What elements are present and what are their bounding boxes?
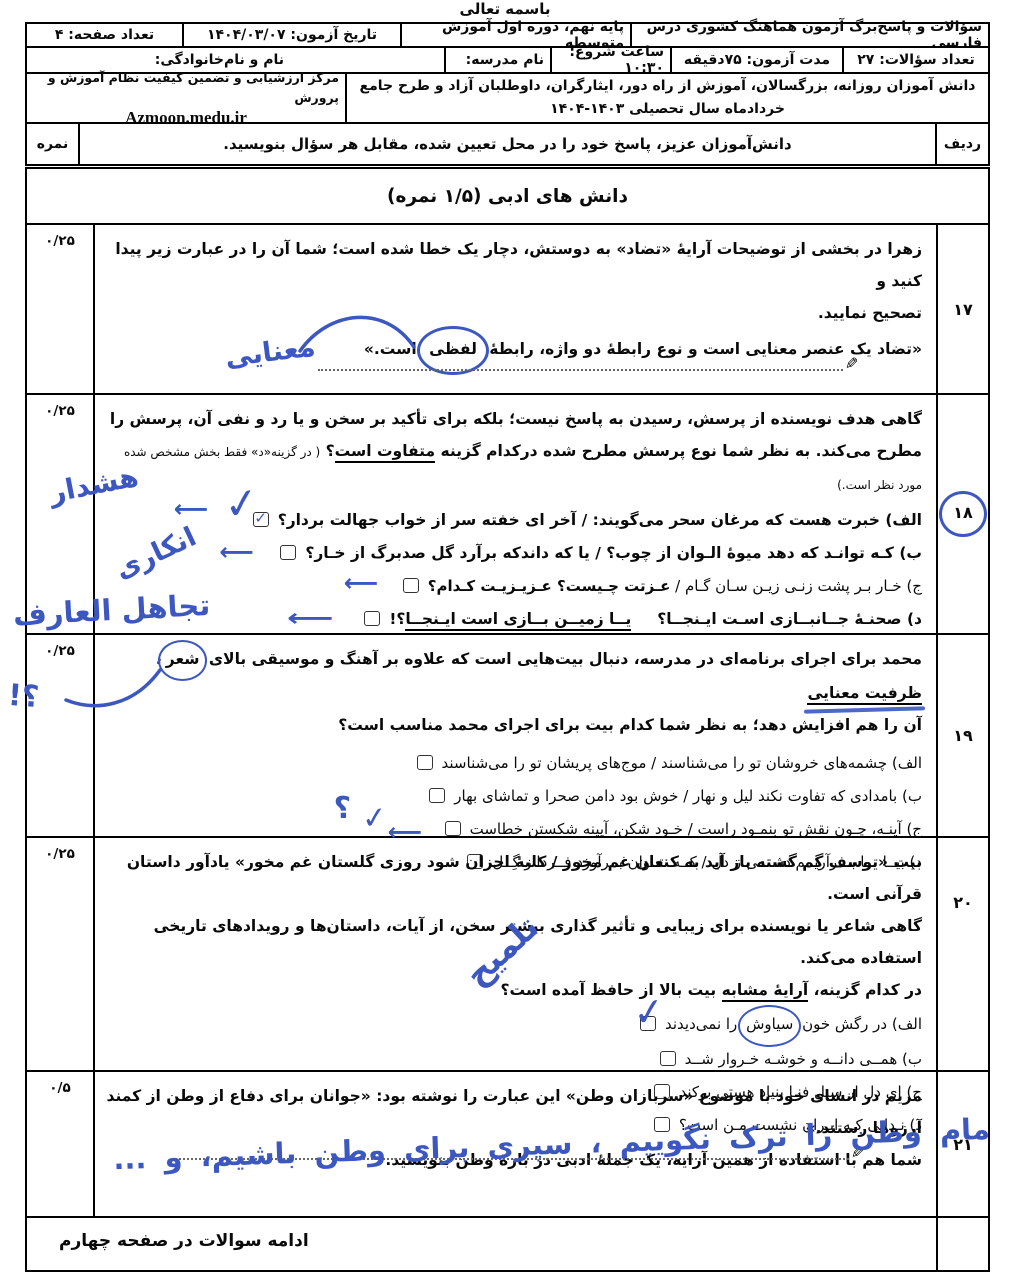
score-label: نمره — [25, 122, 80, 166]
question-19-text-line1: محمد برای اجرای برنامه‌ای در مدرسه، دنبا… — [105, 643, 922, 709]
underlined-phrase: ظرفیت معنایی — [807, 684, 922, 705]
page-count: تعداد صفحه: ۴ — [25, 22, 184, 48]
circled-word: لفظی — [429, 340, 477, 358]
pen-circle-annotation: سیاوش — [738, 1005, 801, 1047]
option-a-text: خبرت هست که مرغان سحر می‌گویند: / آخر ای… — [278, 511, 880, 529]
option-a: الف) چشمه‌های خروشان تو را می‌شناسند / م… — [105, 747, 922, 780]
dotted-answer-line[interactable] — [175, 1150, 849, 1160]
question-number-21: ۲۱ — [936, 1072, 988, 1216]
option-b: ب) کـه توانـد که دهد میوهٔ الـوان از چوب… — [105, 537, 922, 570]
assessment-center-name: مرکز ارزشیابی و تضمین کیفیت نظام آموزش و… — [33, 68, 339, 108]
header-row-3: دانش آموزان روزانه، بزرگسالان، آموزش از … — [25, 72, 990, 124]
line1-pre: محمد برای اجرای برنامه‌ای در مدرسه، دنبا… — [203, 650, 922, 668]
header-row-1: سؤالات و پاسخ‌برگ آزمون هماهنگ کشوری درس… — [25, 22, 990, 48]
option-b-text: کـه توانـد که دهد میوهٔ الـوان از چوب؟ /… — [305, 544, 894, 562]
option-a-checkbox[interactable] — [417, 755, 433, 770]
audience-cell: دانش آموزان روزانه، بزرگسالان، آموزش از … — [345, 72, 990, 124]
option-b-checkbox[interactable] — [429, 788, 445, 803]
answer-line-17[interactable]: ✎ — [318, 357, 858, 371]
exam-title: سؤالات و پاسخ‌برگ آزمون هماهنگ کشوری درس… — [630, 22, 990, 48]
question-20-text-line3: در کدام گزینه، آرایهٔ مشابه بیت بالا از … — [105, 974, 922, 1006]
pen-icon: ✎ — [845, 357, 858, 371]
option-b-checkbox[interactable] — [660, 1051, 676, 1066]
question-18-options: الف) خبرت هست که مرغان سحر می‌گویند: / آ… — [105, 504, 922, 636]
question-17-score: ۰/۲۵ — [27, 225, 95, 393]
option-d-text: صحنـهٔ جــانبــازی اسـت ایـنجــا؟ — [657, 610, 901, 628]
footer-number-column — [936, 1218, 988, 1270]
dotted-answer-line[interactable] — [318, 361, 843, 371]
option-a-text-post: را نمی‌دیدند — [665, 1015, 742, 1033]
question-row-21: ۲۱ مریم در انشای خود با موضوع «سربازان و… — [27, 1072, 988, 1218]
handwritten-correction: معنایی — [224, 334, 317, 372]
option-a-text-pre: در رگش خون — [797, 1015, 887, 1033]
pen-icon: ✎ — [851, 1146, 864, 1160]
question-17-text-line2: تصحیح نمایید. — [105, 297, 922, 329]
question-number-18: ۱۸ — [936, 395, 988, 633]
option-c-checkbox[interactable]: ⟵✓؟ — [445, 821, 461, 836]
underlined-text: ظرفیت معنایی — [807, 684, 922, 702]
question-row-17: ۱۷ زهرا در بخشی از توضیحات آرایهٔ «تضاد»… — [27, 225, 988, 395]
question-18-text-line1: گاهی هدف نویسنده از پرسش، رسیدن به پاسخ … — [105, 403, 922, 435]
question-row-18: ۱۸ گاهی هدف نویسنده از پرسش، رسیدن به پا… — [27, 395, 988, 635]
circled-word: شعر — [166, 650, 200, 668]
basmala: باسمه تعالی — [0, 0, 1010, 18]
option-c-text-bold: عـزتت چـیست؟ عـزیـزیـت کـدام؟ — [428, 577, 671, 595]
option-b-label: ب) — [899, 544, 922, 562]
option-a-label: الف) — [892, 1015, 922, 1033]
number-text: ۱۸ — [953, 503, 973, 522]
option-c-label: ج) — [906, 820, 922, 838]
option-a-checkbox[interactable]: ✓✓⟵هشدار — [253, 512, 269, 527]
option-d-checkbox[interactable]: ⟵تجاهل العارف! — [364, 611, 380, 626]
term-line: خردادماه سال تحصیلی ۱۴۰۳-۱۴۰۴ — [550, 98, 785, 121]
option-c-text: آینـه، چـون نقش تو بنمـود راست / خـود شک… — [470, 820, 902, 838]
instruction-text: دانش‌آموزان عزیز، پاسخ خود را در محل تعی… — [78, 122, 937, 166]
exam-header-table: سؤالات و پاسخ‌برگ آزمون هماهنگ کشوری درس… — [25, 22, 990, 166]
option-b: ب) بامدادی که تفاوت نکند لیل و نهار / خو… — [105, 780, 922, 813]
option-b-label: ب) — [902, 787, 922, 805]
start-time: ساعت شروع: ۱۰:۳۰ — [550, 46, 672, 74]
option-d: د) صحنـهٔ جــانبــازی اسـت ایـنجــا؟یــا… — [105, 603, 922, 636]
option-b-text: همــی دانــه و خوشـه خـروار شــد — [685, 1050, 898, 1068]
option-d-label: د) — [907, 610, 922, 628]
underlined-phrase: متفاوت است — [335, 442, 435, 463]
question-19-text-line2: آن را هم افزایش دهد؛ به نظر شما کدام بیت… — [105, 709, 922, 741]
question-21-content: مریم در انشای خود با موضوع «سربازان وطن»… — [95, 1072, 936, 1216]
question-count: تعداد سؤالات: ۲۷ — [842, 46, 990, 74]
line3-pre: در کدام گزینه، — [808, 981, 922, 999]
question-21-text-line1: مریم در انشای خود با موضوع «سربازان وطن»… — [105, 1080, 922, 1144]
question-number-19: ۱۹ — [936, 635, 988, 836]
question-17-content: زهرا در بخشی از توضیحات آرایهٔ «تضاد» به… — [95, 225, 936, 393]
question-19-content: محمد برای اجرای برنامه‌ای در مدرسه، دنبا… — [95, 635, 936, 836]
question-20-text-line2: گاهی شاعر یا نویسنده برای زیبایی و تأثیر… — [105, 910, 922, 974]
question-row-19: ۱۹ محمد برای اجرای برنامه‌ای در مدرسه، د… — [27, 635, 988, 838]
question-21-score: ۰/۵ — [27, 1072, 95, 1216]
line3-post: بیت بالا از حافظ آمده است؟ — [501, 981, 722, 999]
option-a-label: الف) — [892, 754, 922, 772]
question-18-text-line2: مطرح می‌کند. به نظر شما نوع پرسش مطرح شد… — [105, 435, 922, 501]
line2-question-mark: ؟ — [320, 442, 334, 460]
question-row-20: ۲۰ بیت «یوسف گم گشته باز آید به کنعان غم… — [27, 838, 988, 1072]
option-d-punct: ؟! — [389, 610, 405, 628]
option-a-text: چشمه‌های خروشان تو را می‌شناسند / موج‌ها… — [442, 754, 888, 772]
question-17-text-line1: زهرا در بخشی از توضیحات آرایهٔ «تضاد» به… — [105, 233, 922, 297]
circled-word: سیاوش — [746, 1015, 793, 1033]
option-c-label: ج) — [906, 577, 922, 595]
exam-date: تاریخ آزمون: ۱۴۰۴/۰۳/۰۷ — [182, 22, 402, 48]
option-c: ج) خـار بـر پشت زنـی زیـن سـان گـام / عـ… — [105, 570, 922, 603]
handwritten-arrow: ⟵ — [344, 571, 378, 595]
option-b-text: بامدادی که تفاوت نکند لیل و نهار / خوش ب… — [454, 787, 897, 805]
question-number-17: ۱۷ — [936, 225, 988, 393]
footer-row: ادامه سوالات در صفحه چهارم — [27, 1218, 988, 1270]
question-18-score: ۰/۲۵ — [27, 395, 95, 633]
continue-note: ادامه سوالات در صفحه چهارم — [27, 1218, 936, 1270]
question-20-content: بیت «یوسف گم گشته باز آید به کنعان غم مخ… — [95, 838, 936, 1070]
option-c-checkbox[interactable]: ⟵ — [403, 578, 419, 593]
option-a-label: الف) — [885, 511, 922, 529]
questions-table: دانش های ادبی (۱/۵ نمره) ۱۷ زهرا در بخشی… — [25, 167, 990, 1272]
answer-line-21[interactable]: ✎ — [175, 1146, 864, 1160]
handwritten-arrow: ⟵ — [287, 606, 333, 630]
option-b-checkbox[interactable]: ⟵انکاری — [280, 545, 296, 560]
question-number-20: ۲۰ — [936, 838, 988, 1070]
option-a-checkbox[interactable]: ✓ — [640, 1016, 656, 1031]
question-18-content: گاهی هدف نویسنده از پرسش، رسیدن به پاسخ … — [95, 395, 936, 633]
question-20-score: ۰/۲۵ — [27, 838, 95, 1070]
option-d-underlined: یــا زمیــن بــازی است ایـنجــا — [405, 610, 631, 631]
assessment-center-cell: مرکز ارزشیابی و تضمین کیفیت نظام آموزش و… — [25, 72, 347, 124]
header-row-4: ردیف دانش‌آموزان عزیز، پاسخ خود را در مح… — [25, 122, 990, 166]
row-number-label: ردیف — [935, 122, 990, 166]
underlined-phrase: آرایهٔ مشابه — [722, 981, 809, 1002]
option-c-text-light: خـار بـر پشت زنـی زیـن سـان گـام / — [670, 577, 901, 595]
line2-pre: مطرح می‌کند. به نظر شما نوع پرسش مطرح شد… — [435, 442, 922, 460]
pen-circle-number: ۱۸ — [939, 491, 987, 537]
section-title: دانش های ادبی (۱/۵ نمره) — [27, 169, 988, 225]
exam-page: { "page": { "basmala": "باسمه تعالی", "c… — [0, 0, 1010, 1284]
audience-line: دانش آموزان روزانه، بزرگسالان، آموزش از … — [360, 75, 976, 98]
option-a: الف) در رگش خون سیاوش را نمی‌دیدند✓ — [105, 1008, 922, 1043]
handwritten-arrow: ⟵ — [219, 540, 253, 564]
option-a: الف) خبرت هست که مرغان سحر می‌گویند: / آ… — [105, 504, 922, 537]
checkbox-check: ✓ — [254, 511, 268, 526]
question-19-score: ۰/۲۵ — [27, 635, 95, 836]
question-20-text-line1: بیت «یوسف گم گشته باز آید به کنعان غم مخ… — [105, 846, 922, 910]
quote-post: است.» — [364, 340, 422, 358]
exam-duration: مدت آزمون: ۷۵دقیقه — [670, 46, 844, 74]
option-b-label: ب) — [902, 1050, 922, 1068]
school-name-field[interactable]: نام مدرسه: — [444, 46, 552, 74]
pen-circle-annotation: شعر؟! — [158, 640, 208, 681]
